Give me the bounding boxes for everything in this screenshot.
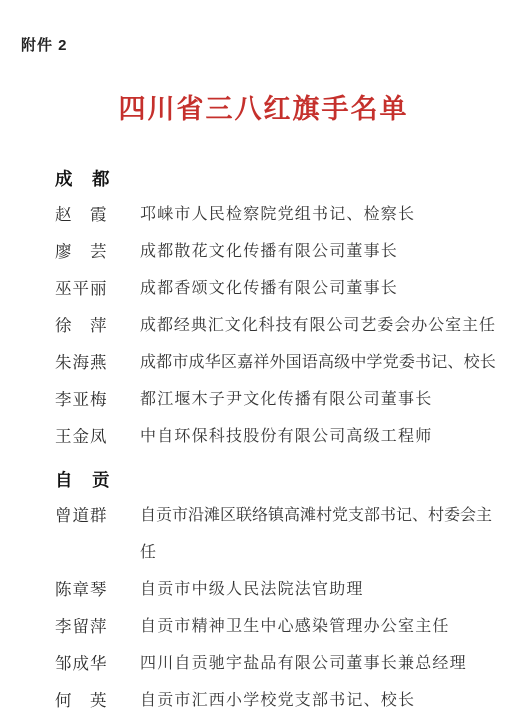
city-section-header: 成 都 [55, 166, 527, 192]
city-section: 成 都 赵 霞 邛崃市人民检察院党组书记、检察长 廖 芸 成都散花文化传播有限公… [0, 166, 527, 455]
entries-list: 赵 霞 邛崃市人民检察院党组书记、检察长 廖 芸 成都散花文化传播有限公司董事长… [0, 196, 527, 455]
city-section: 自 贡 曾道群 自贡市沿滩区联络镇高滩村党支部书记、村委会主任 陈章琴 自贡市中… [0, 467, 527, 719]
list-item: 李亚梅 都江堰木子尹文化传播有限公司董事长 [0, 381, 527, 418]
list-item: 何 英 自贡市汇西小学校党支部书记、校长 [0, 682, 527, 719]
person-title: 四川自贡驰宇盐品有限公司董事长兼总经理 [140, 645, 506, 682]
attachment-label: 附件 2 [0, 0, 527, 56]
person-title: 自贡市汇西小学校党支部书记、校长 [140, 682, 506, 719]
person-title: 邛崃市人民检察院党组书记、检察长 [140, 196, 506, 233]
document-page: 附件 2 四川省三八红旗手名单 成 都 赵 霞 邛崃市人民检察院党组书记、检察长… [0, 0, 527, 725]
list-item: 曾道群 自贡市沿滩区联络镇高滩村党支部书记、村委会主任 [0, 497, 527, 571]
entries-list: 曾道群 自贡市沿滩区联络镇高滩村党支部书记、村委会主任 陈章琴 自贡市中级人民法… [0, 497, 527, 719]
person-name: 曾道群 [55, 497, 140, 534]
list-item: 李留萍 自贡市精神卫生中心感染管理办公室主任 [0, 608, 527, 645]
person-name: 李留萍 [55, 608, 140, 645]
city-section-header: 自 贡 [55, 467, 527, 493]
person-title: 成都香颂文化传播有限公司董事长 [140, 270, 506, 307]
sections-container: 成 都 赵 霞 邛崃市人民检察院党组书记、检察长 廖 芸 成都散花文化传播有限公… [0, 166, 527, 719]
list-item: 邹成华 四川自贡驰宇盐品有限公司董事长兼总经理 [0, 645, 527, 682]
person-name: 廖 芸 [55, 233, 140, 270]
person-title: 自贡市中级人民法院法官助理 [140, 571, 506, 608]
person-title: 自贡市精神卫生中心感染管理办公室主任 [140, 608, 506, 645]
list-item: 赵 霞 邛崃市人民检察院党组书记、检察长 [0, 196, 527, 233]
person-name: 赵 霞 [55, 196, 140, 233]
person-name: 李亚梅 [55, 381, 140, 418]
list-item: 廖 芸 成都散花文化传播有限公司董事长 [0, 233, 527, 270]
page-title: 四川省三八红旗手名单 [0, 92, 527, 126]
person-title: 成都散花文化传播有限公司董事长 [140, 233, 506, 270]
person-title: 中自环保科技股份有限公司高级工程师 [140, 418, 506, 455]
person-title: 成都市成华区嘉祥外国语高级中学党委书记、校长 [140, 344, 506, 381]
person-name: 王金凤 [55, 418, 140, 455]
person-name: 朱海燕 [55, 344, 140, 381]
list-item: 巫平丽 成都香颂文化传播有限公司董事长 [0, 270, 527, 307]
person-name: 徐 萍 [55, 307, 140, 344]
list-item: 王金凤 中自环保科技股份有限公司高级工程师 [0, 418, 527, 455]
person-name: 邹成华 [55, 645, 140, 682]
person-name: 巫平丽 [55, 270, 140, 307]
list-item: 陈章琴 自贡市中级人民法院法官助理 [0, 571, 527, 608]
list-item: 朱海燕 成都市成华区嘉祥外国语高级中学党委书记、校长 [0, 344, 527, 381]
person-title: 成都经典汇文化科技有限公司艺委会办公室主任 [140, 307, 506, 344]
person-name: 陈章琴 [55, 571, 140, 608]
person-name: 何 英 [55, 682, 140, 719]
person-title: 自贡市沿滩区联络镇高滩村党支部书记、村委会主任 [140, 497, 506, 571]
list-item: 徐 萍 成都经典汇文化科技有限公司艺委会办公室主任 [0, 307, 527, 344]
person-title: 都江堰木子尹文化传播有限公司董事长 [140, 381, 506, 418]
